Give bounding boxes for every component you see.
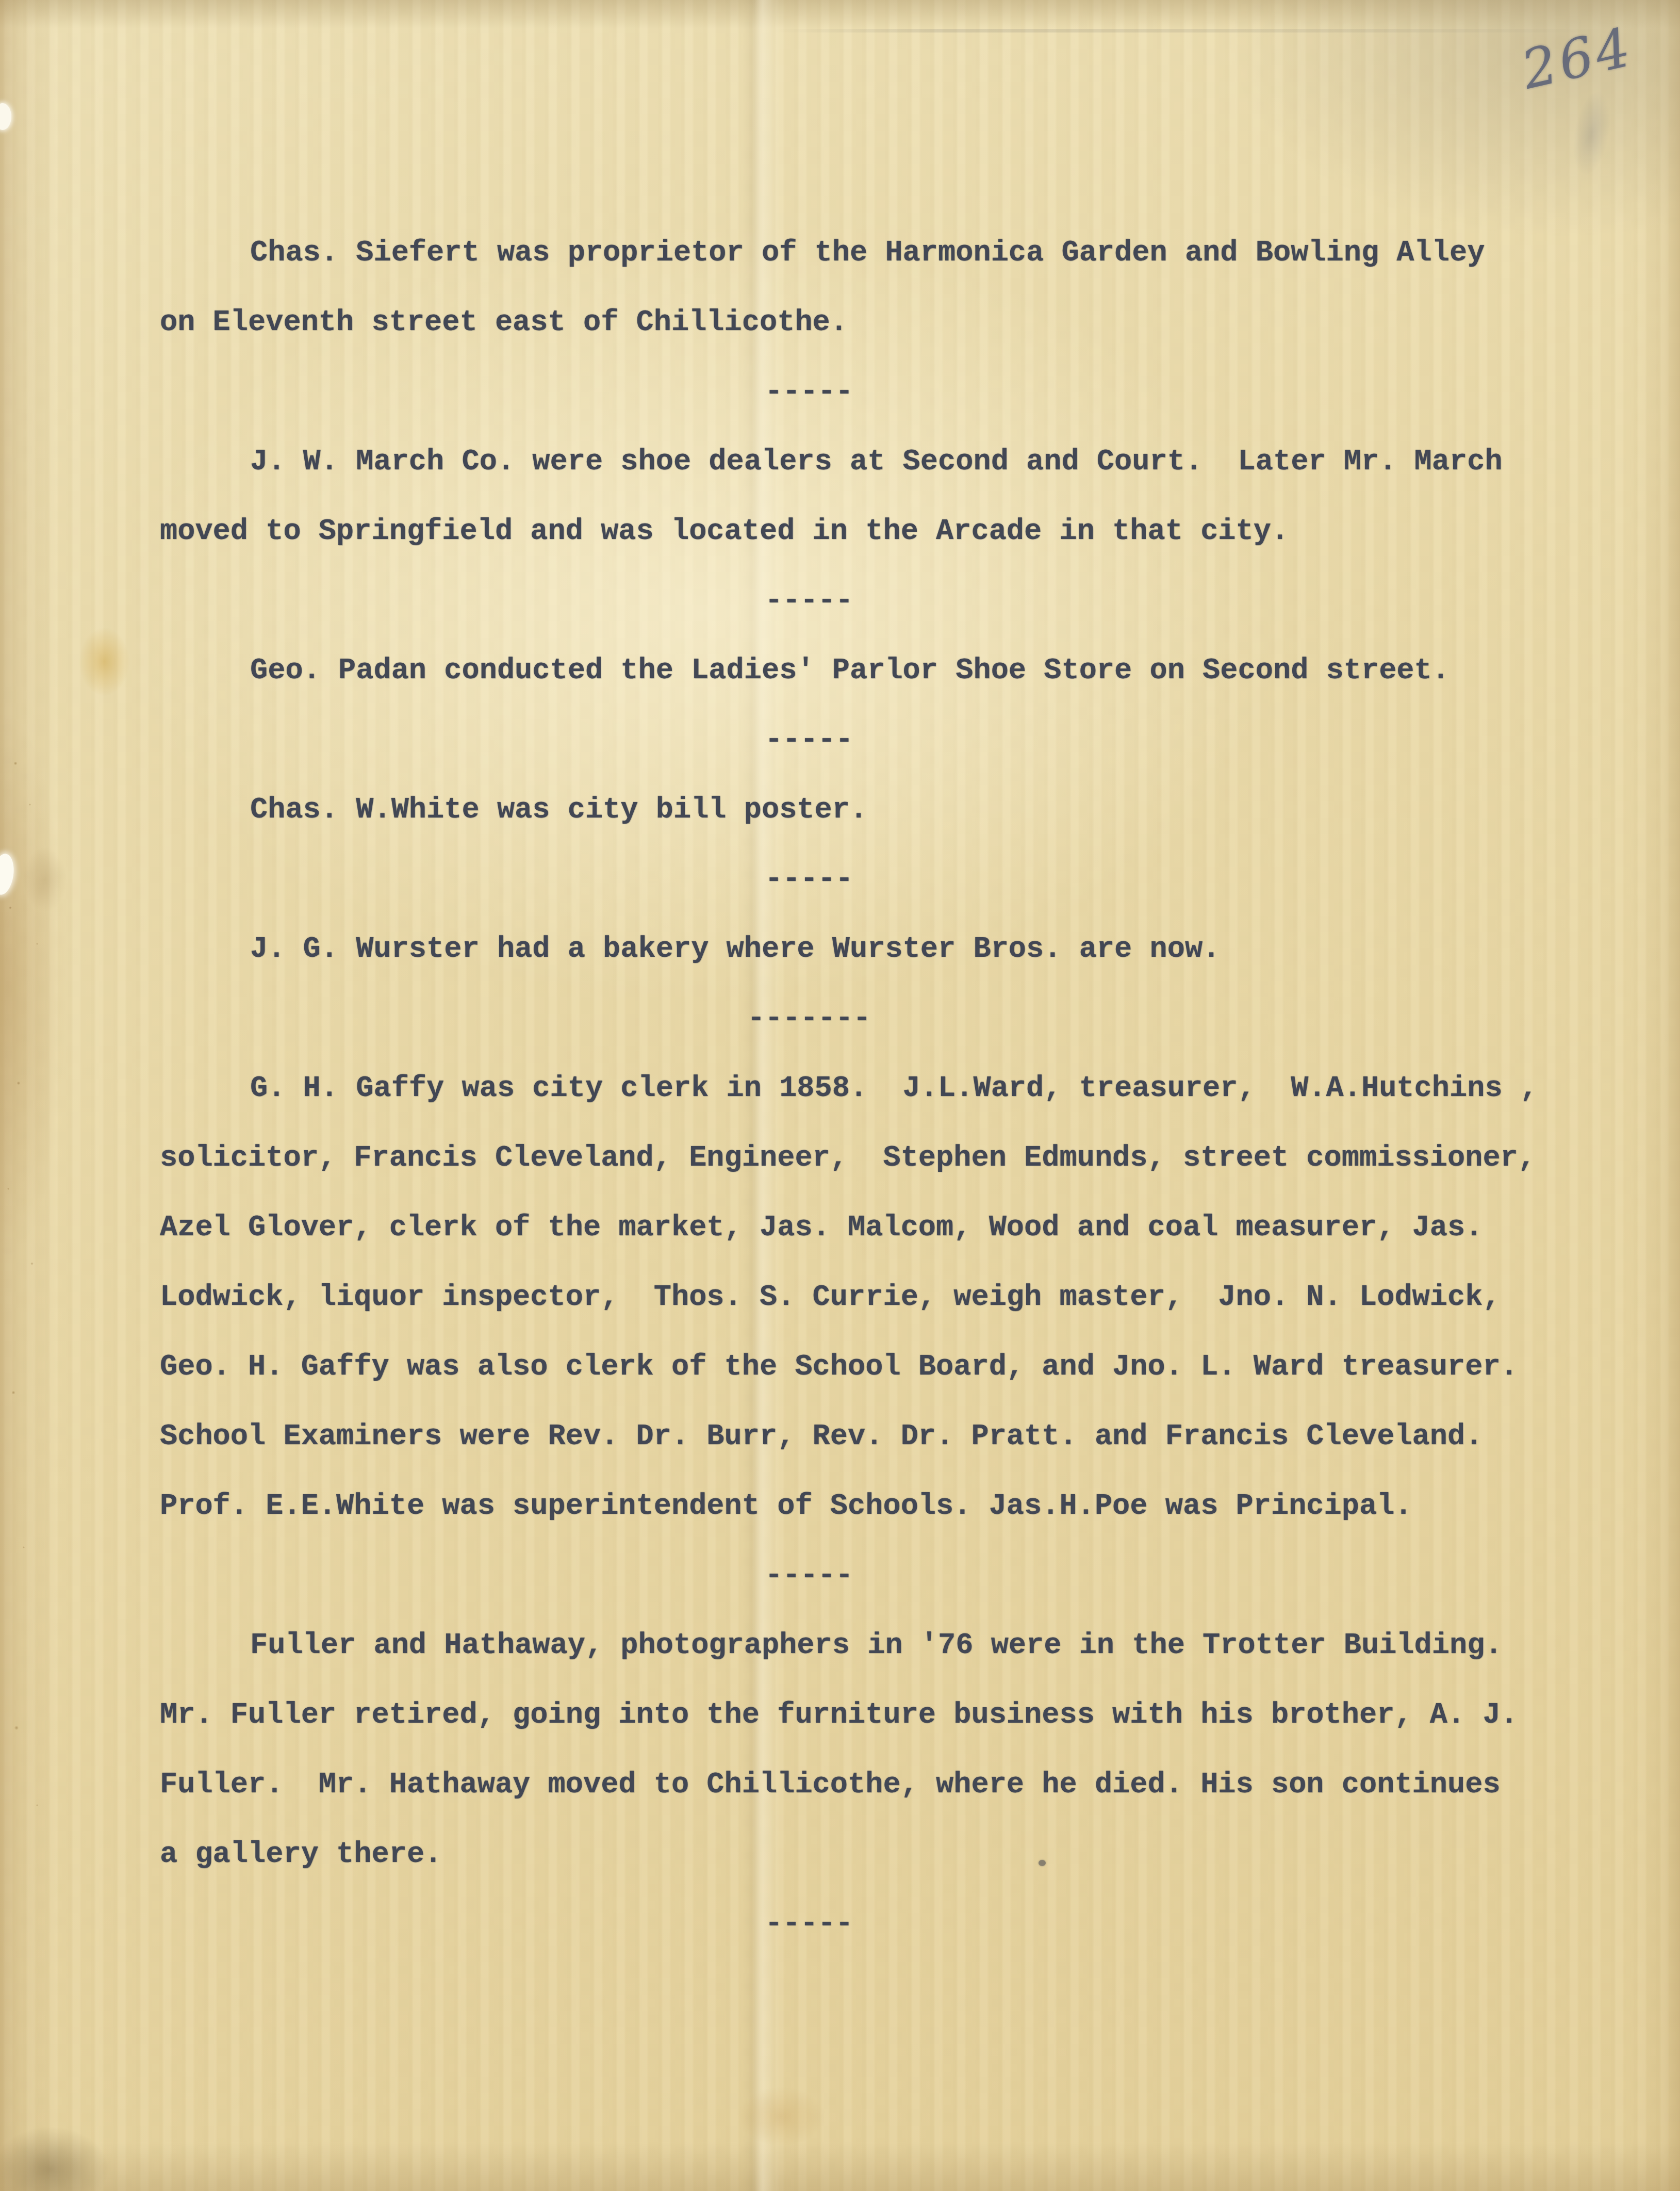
typewritten-text: Chas. Siefert was proprietor of the Harm… <box>160 219 1520 1959</box>
section-divider: ----- <box>160 358 1458 428</box>
scanned-page: 264 Chas. Siefert was proprietor of the … <box>0 0 1680 2191</box>
paragraph-line: G. H. Gaffy was city clerk in 1858. J.L.… <box>160 1054 1520 1124</box>
paragraph: Geo. Padan conducted the Ladies' Parlor … <box>160 636 1520 706</box>
paragraph-line: Fuller and Hathaway, photographers in '7… <box>160 1611 1520 1681</box>
paragraph-line: Chas. Siefert was proprietor of the Harm… <box>160 219 1520 288</box>
paragraph-line: J. G. Wurster had a bakery where Wurster… <box>160 915 1520 985</box>
section-divider: ----- <box>160 1542 1458 1611</box>
paragraph-line: Prof. E.E.White was superintendent of Sc… <box>160 1472 1520 1542</box>
paragraph-line: Mr. Fuller retired, going into the furni… <box>160 1681 1520 1751</box>
section-divider: ----- <box>160 1890 1458 1959</box>
pencil-smudge <box>1557 85 1623 204</box>
paper-tear-top-left <box>0 103 11 130</box>
paragraph-line: J. W. March Co. were shoe dealers at Sec… <box>160 428 1520 497</box>
paragraph-line: moved to Springfield and was located in … <box>160 497 1520 567</box>
paragraph: Chas. Siefert was proprietor of the Harm… <box>160 219 1520 358</box>
paragraph-line: a gallery there. <box>160 1820 1520 1890</box>
section-divider: ----- <box>160 845 1458 915</box>
paragraph-line: Geo. H. Gaffy was also clerk of the Scho… <box>160 1333 1520 1402</box>
paragraph: G. H. Gaffy was city clerk in 1858. J.L.… <box>160 1054 1520 1542</box>
section-divider: ----- <box>160 706 1458 776</box>
paper-stain-speckles <box>0 722 77 1934</box>
graphite-smudge-line <box>773 29 1609 32</box>
paragraph: Fuller and Hathaway, photographers in '7… <box>160 1611 1520 1890</box>
paragraph-line: School Examiners were Rev. Dr. Burr, Rev… <box>160 1402 1520 1472</box>
paragraph: Chas. W.White was city bill poster. <box>160 776 1520 845</box>
section-divider: ------- <box>160 985 1458 1054</box>
paragraph-line: on Eleventh street east of Chillicothe. <box>160 288 1520 358</box>
paragraph-line: Lodwick, liquor inspector, Thos. S. Curr… <box>160 1263 1520 1333</box>
paragraph: J. W. March Co. were shoe dealers at Sec… <box>160 428 1520 567</box>
section-divider: ----- <box>160 567 1458 636</box>
paragraph-line: solicitor, Francis Cleveland, Engineer, … <box>160 1124 1520 1193</box>
paragraph-line: Fuller. Mr. Hathaway moved to Chillicoth… <box>160 1751 1520 1820</box>
paragraph-line: Azel Glover, clerk of the market, Jas. M… <box>160 1193 1520 1263</box>
paragraph-line: Chas. W.White was city bill poster. <box>160 776 1520 845</box>
paragraph: J. G. Wurster had a bakery where Wurster… <box>160 915 1520 985</box>
paragraph-line: Geo. Padan conducted the Ladies' Parlor … <box>160 636 1520 706</box>
